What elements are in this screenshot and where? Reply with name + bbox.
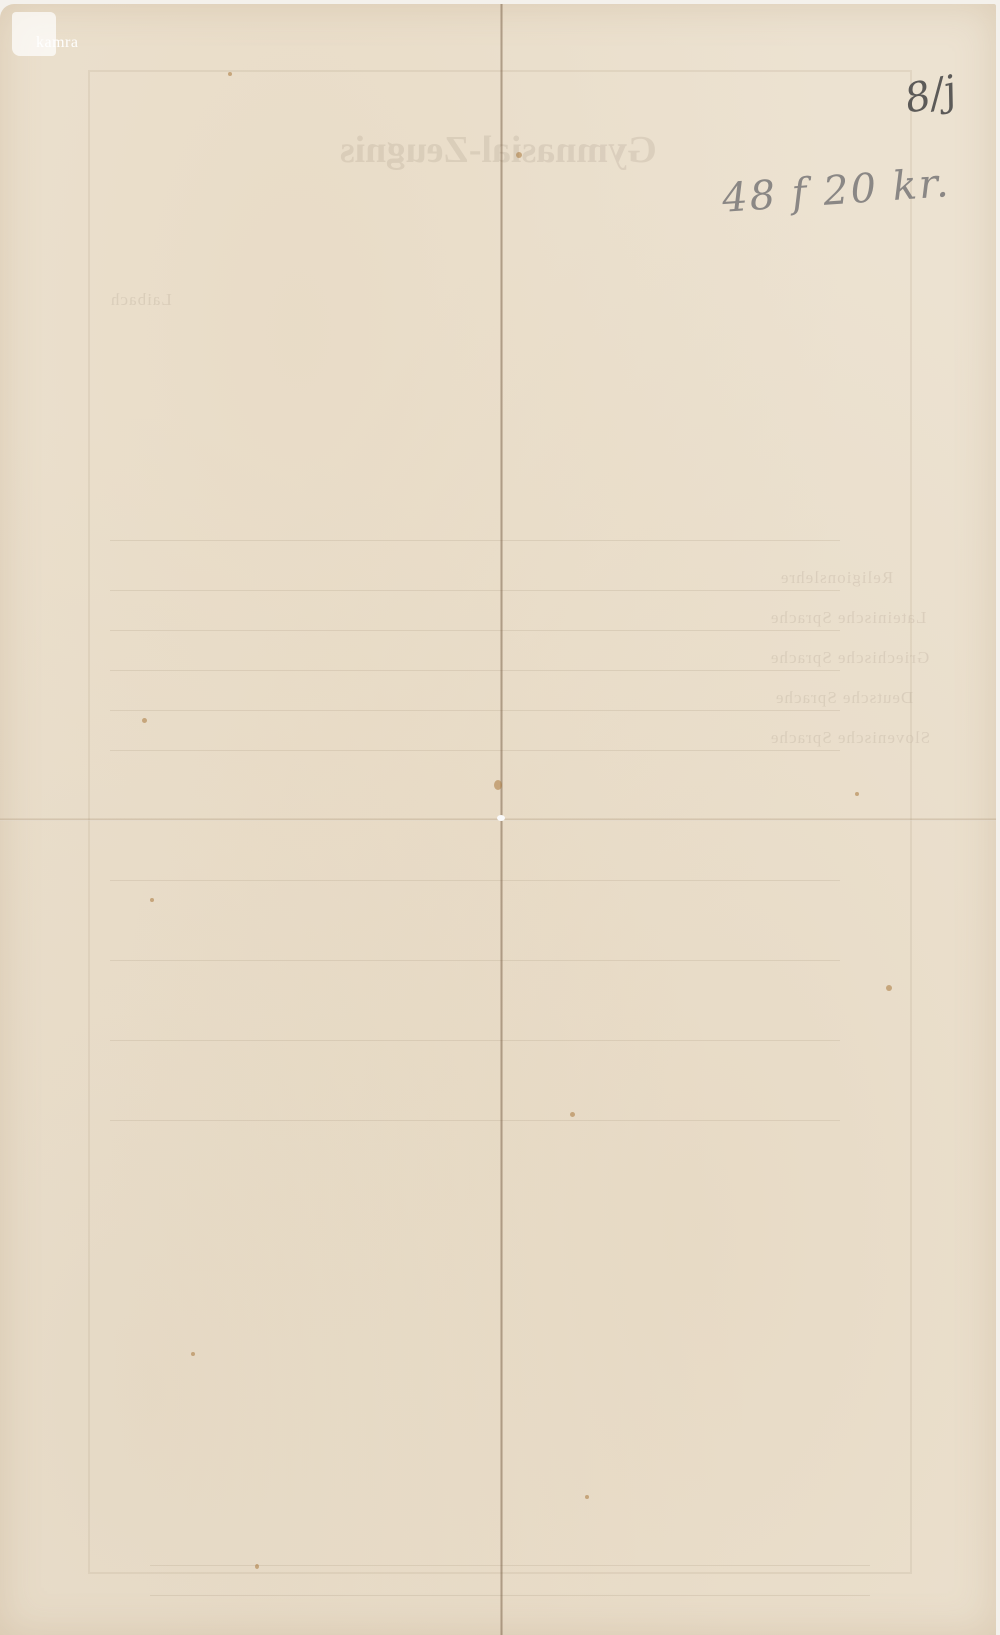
watermark-brand: kamra [36,34,78,52]
foxing-spot [150,898,154,902]
ruled-line [150,1595,870,1596]
bleed-through-subject: Deutsche Sprache [775,688,913,708]
foxing-spot [855,792,859,796]
fold-wear-hole [497,815,505,821]
bleed-through-subject: Slovenische Sprache [770,728,930,748]
foxing-spot [142,718,147,723]
foxing-spot [494,780,502,790]
ruled-line [110,1120,840,1121]
ruled-line [110,590,840,591]
bleed-through-place: Laibach [110,290,172,310]
bleed-through-subject: Religionslehre [780,568,893,588]
ruled-line [110,750,840,751]
foxing-spot [516,152,522,158]
foxing-spot [255,1564,259,1569]
ruled-line [110,670,840,671]
ruled-line [110,710,840,711]
ruled-line [110,880,840,881]
bleed-through-subject: Lateinische Sprache [770,608,926,628]
foxing-spot [191,1352,195,1356]
bleed-through-subject: Griechische Sprache [770,648,929,668]
foxing-spot [886,985,892,991]
foxing-spot [228,72,232,76]
ruled-line [110,1040,840,1041]
foxing-spot [570,1112,575,1117]
foxing-spot [585,1495,589,1499]
ruled-line [110,540,840,541]
bleed-through-title: Gymnasial-Zeugnis [340,128,657,172]
ruled-line [110,960,840,961]
ruled-line [110,630,840,631]
